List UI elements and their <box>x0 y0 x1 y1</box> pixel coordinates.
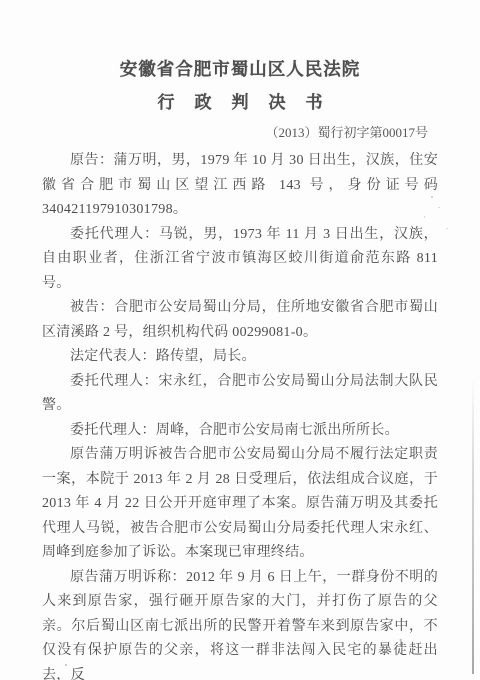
page-number: 1 <box>398 637 404 649</box>
paragraph-legal-representative: 法定代表人：路传望，局长。 <box>42 345 438 370</box>
paragraph-plaintiff-agent: 委托代理人：马锐，男，1973 年 11 月 3 日出生，汉族，自由职业者，住浙… <box>42 223 438 297</box>
paragraph-defendant-agent-2: 委托代理人：周峰，合肥市公安局南七派出所所长。 <box>42 419 438 444</box>
court-name: 安徽省合肥市蜀山区人民法院 <box>42 57 438 81</box>
document-title: 行政判决书 <box>42 91 438 115</box>
scan-speckle <box>424 216 425 218</box>
paragraph-defendant-agent-1: 委托代理人：宋永红，合肥市公安局蜀山分局法制大队民警。 <box>42 370 438 419</box>
paragraph-plaintiff-claim: 原告蒲万明诉称：2012 年 9 月 6 日上午，一群身份不明的人来到原告家，强… <box>42 566 438 680</box>
document-content: 安徽省合肥市蜀山区人民法院 行政判决书 （2013）蜀行初字第00017号 原告… <box>42 0 438 680</box>
scanned-judgment-page: 安徽省合肥市蜀山区人民法院 行政判决书 （2013）蜀行初字第00017号 原告… <box>0 0 480 680</box>
paragraph-defendant: 被告：合肥市公安局蜀山分局，住所地安徽省合肥市蜀山区清溪路 2 号，组织机构代码… <box>42 296 438 345</box>
scan-speckle <box>446 228 448 229</box>
scan-artifact-line <box>472 378 474 674</box>
case-number: （2013）蜀行初字第00017号 <box>42 124 438 142</box>
scan-speckle <box>65 664 67 666</box>
scan-speckle <box>431 196 433 198</box>
judgment-body: 原告：蒲万明，男，1979 年 10 月 30 日出生，汉族，住安徽省合肥市蜀山… <box>42 149 438 680</box>
paragraph-plaintiff: 原告：蒲万明，男，1979 年 10 月 30 日出生，汉族，住安徽省合肥市蜀山… <box>42 149 438 223</box>
paragraph-procedure-summary: 原告蒲万明诉被告合肥市公安局蜀山分局不履行法定职责一案，本院于 2013 年 2… <box>42 443 438 566</box>
scan-speckle <box>438 207 440 208</box>
